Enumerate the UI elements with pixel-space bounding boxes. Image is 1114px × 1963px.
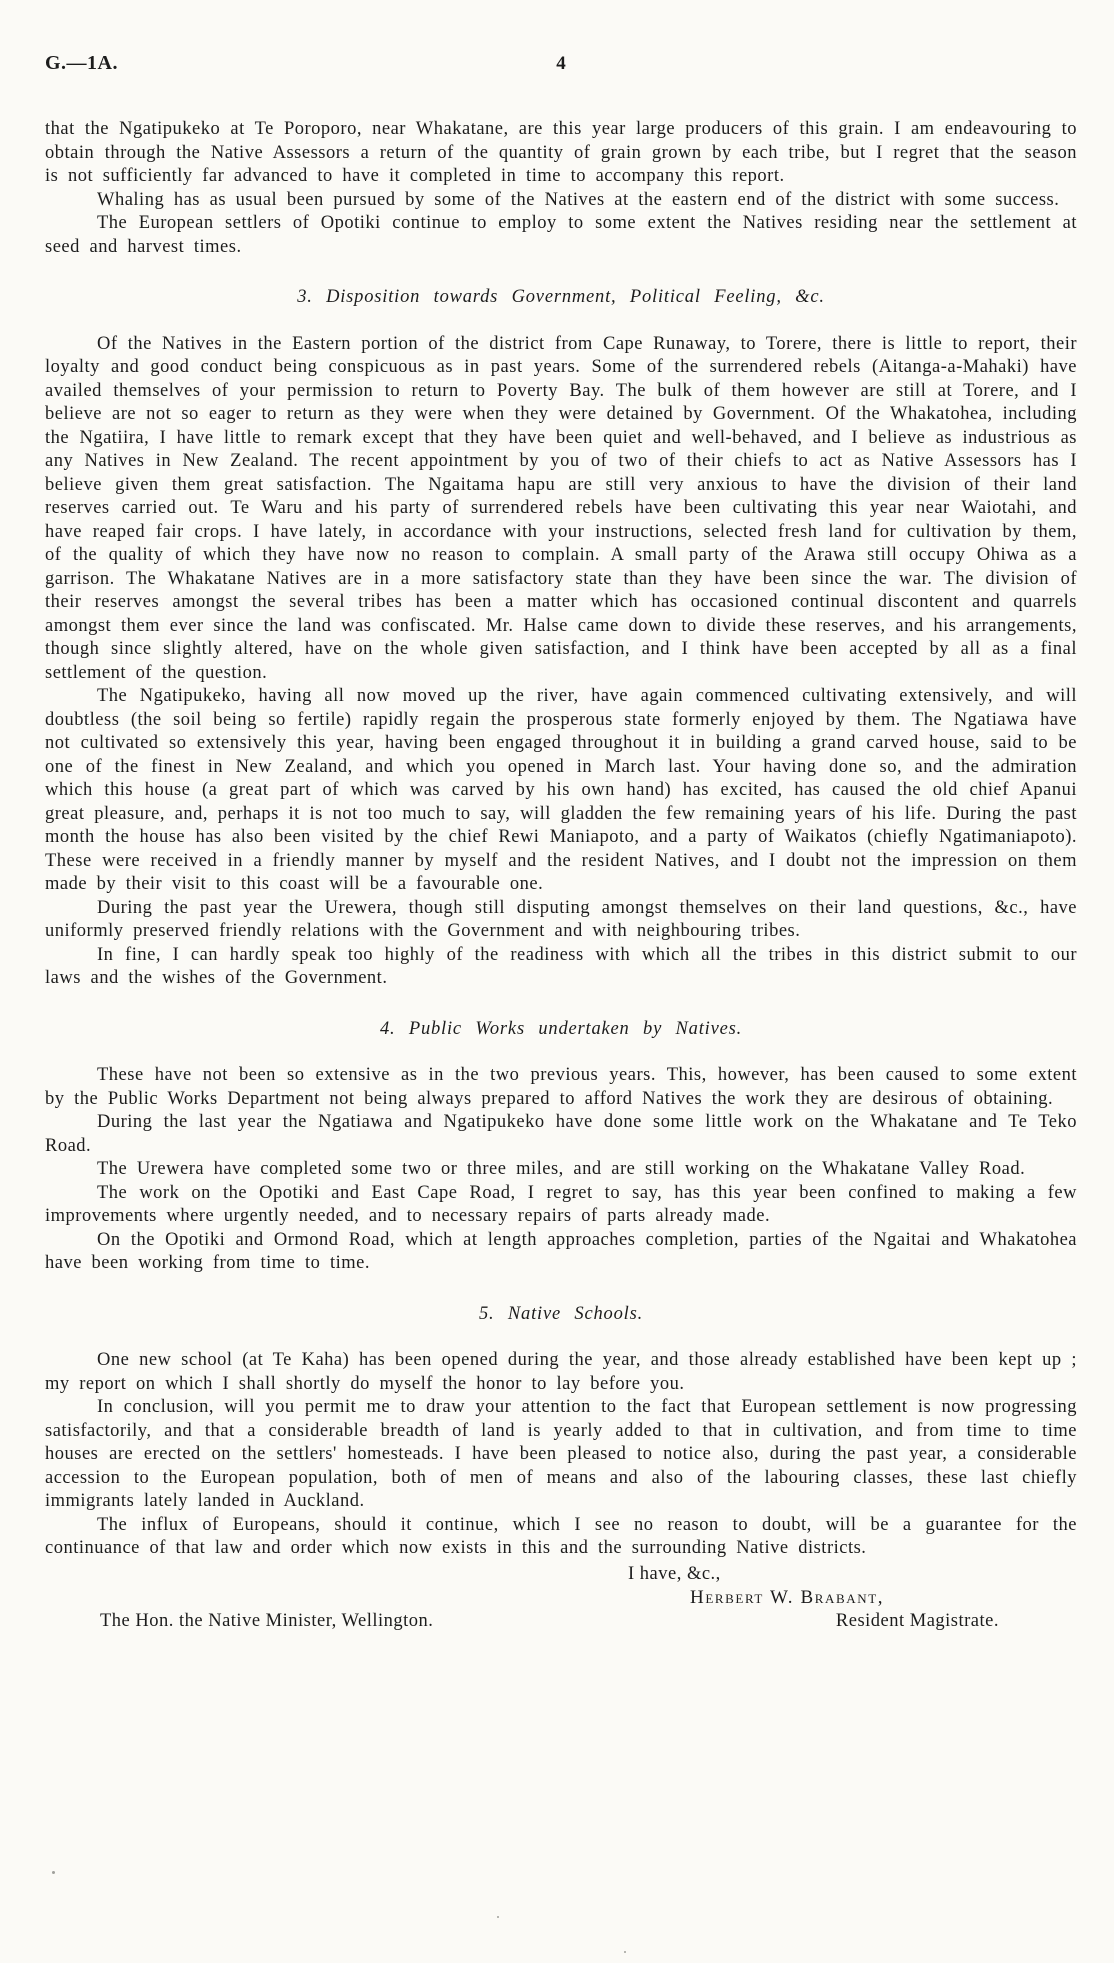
valediction: I have, &c., — [45, 1563, 1077, 1587]
section-heading-public-works: 4. Public Works undertaken by Natives. — [45, 1018, 1077, 1042]
paragraph: One new school (at Te Kaha) has been ope… — [45, 1349, 1077, 1396]
scan-speck — [624, 1951, 626, 1953]
paragraph: The European settlers of Opotiki continu… — [45, 212, 1077, 259]
page-header: G.—1A. 4 — [45, 52, 1077, 78]
signature-name: Herbert W. Brabant, — [45, 1586, 1077, 1610]
paragraph: The influx of Europeans, should it conti… — [45, 1514, 1077, 1561]
paragraph: On the Opotiki and Ormond Road, which at… — [45, 1229, 1077, 1276]
scan-speck — [497, 1916, 499, 1918]
paragraph: In conclusion, will you permit me to dra… — [45, 1396, 1077, 1514]
paragraph: These have not been so extensive as in t… — [45, 1064, 1077, 1111]
signature-title: Resident Magistrate. — [836, 1610, 1077, 1634]
addressee-line: The Hon. the Native Minister, Wellington… — [45, 1610, 433, 1634]
report-page: G.—1A. 4 that the Ngatipukeko at Te Poro… — [0, 0, 1114, 1963]
section-heading-disposition: 3. Disposition towards Government, Polit… — [45, 286, 1077, 310]
closing-block: I have, &c., Herbert W. Brabant, The Hon… — [45, 1563, 1077, 1634]
section-heading-native-schools: 5. Native Schools. — [45, 1303, 1077, 1327]
report-body: that the Ngatipukeko at Te Poroporo, nea… — [45, 118, 1077, 1633]
page-number: 4 — [45, 52, 1077, 76]
paragraph: Whaling has as usual been pursued by som… — [45, 189, 1077, 213]
paragraph: The work on the Opotiki and East Cape Ro… — [45, 1182, 1077, 1229]
paragraph: During the last year the Ngatiawa and Ng… — [45, 1111, 1077, 1158]
paragraph: Of the Natives in the Eastern portion of… — [45, 333, 1077, 686]
paragraph: The Ngatipukeko, having all now moved up… — [45, 685, 1077, 897]
closing-row: The Hon. the Native Minister, Wellington… — [45, 1610, 1077, 1634]
paragraph: In fine, I can hardly speak too highly o… — [45, 944, 1077, 991]
paragraph: During the past year the Urewera, though… — [45, 897, 1077, 944]
scan-speck — [52, 1871, 55, 1874]
paragraph: that the Ngatipukeko at Te Poroporo, nea… — [45, 118, 1077, 189]
paragraph: The Urewera have completed some two or t… — [45, 1158, 1077, 1182]
